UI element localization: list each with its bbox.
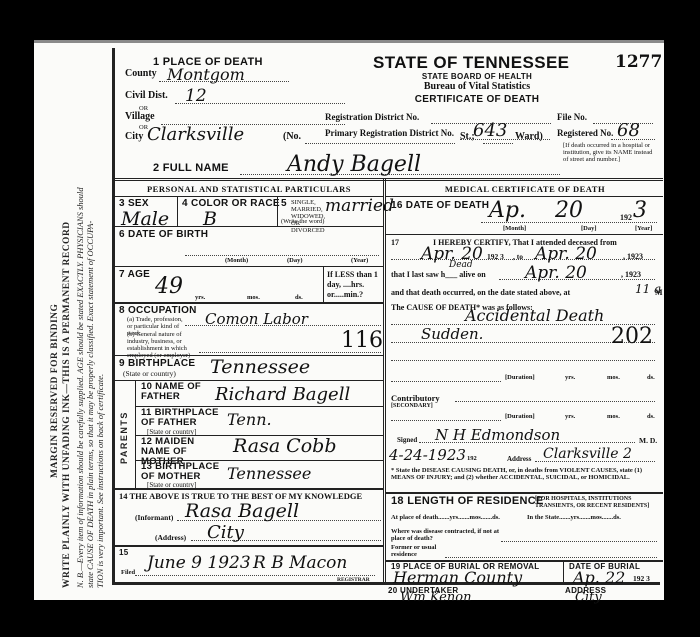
month-label: [Month] xyxy=(503,225,526,232)
undertaker-address-value: City xyxy=(575,590,602,605)
duration-ds: ds. xyxy=(647,413,655,420)
parents-side-label: PARENTS xyxy=(119,411,129,464)
duration-ds: ds. xyxy=(647,374,655,381)
primary-reg-label: Primary Registration District No. xyxy=(325,128,454,138)
secondary-label: [SECONDARY] xyxy=(391,403,433,409)
filed-label: Filed xyxy=(121,569,135,576)
mother-birthplace-value: Tennessee xyxy=(227,464,311,483)
physician-address-label: Address xyxy=(507,455,531,463)
village-label: Village xyxy=(125,111,155,122)
duration-label: [Duration] xyxy=(505,374,535,381)
board-of-health: STATE BOARD OF HEALTH xyxy=(373,72,581,81)
father-name-value: Richard Bagell xyxy=(215,384,350,405)
marital-num: 5 xyxy=(281,198,287,209)
civil-dist-value: 12 xyxy=(185,86,207,106)
burial-date-value: Ap. 22 xyxy=(573,568,625,587)
dob-year-label: (Year) xyxy=(351,257,368,264)
dob-month-label: (Month) xyxy=(225,257,248,264)
residence-label: 18 LENGTH OF RESIDENCE xyxy=(391,495,544,507)
nb-line-2: state CAUSE OF DEATH in plain terms, so … xyxy=(85,221,95,588)
age-mos: mos. xyxy=(247,294,260,301)
medical-section-title: MEDICAL CERTIFICATE OF DEATH xyxy=(387,184,663,194)
margin-reserved-text: MARGIN RESERVED FOR BINDING xyxy=(50,118,60,478)
registrar-signature: R B Macon xyxy=(253,553,347,573)
cause-footnote: * State the DISEASE CAUSING DEATH, or, i… xyxy=(391,467,659,481)
death-year: 3 xyxy=(633,198,647,223)
last-saw-note: Dead xyxy=(449,260,473,270)
death-month: Ap. xyxy=(489,198,526,223)
to-label: , to xyxy=(513,252,523,261)
marital-hint: (Write the word) xyxy=(281,218,324,225)
filed-num: 15 xyxy=(119,548,129,557)
contributory-label: Contributory xyxy=(391,393,440,403)
last-saw-text: that I last saw h___ alive on xyxy=(391,270,486,279)
occupation-code: 116 xyxy=(341,328,383,353)
cert-num: 17 xyxy=(391,238,399,247)
cause-code: 202 xyxy=(611,324,653,349)
duration-label: [Duration] xyxy=(505,413,535,420)
cause-line-2: Sudden. xyxy=(421,325,483,343)
duration-yrs: yrs. xyxy=(565,374,575,381)
father-birthplace-value: Tenn. xyxy=(227,410,272,429)
physician-address-value: Clarksville 2 xyxy=(543,446,632,462)
state-title: STATE OF TENNESSEE xyxy=(373,53,569,73)
ward-label: Ward) xyxy=(515,131,543,142)
informant-address-value: City xyxy=(207,522,244,543)
certificate-number: 1277 xyxy=(615,52,662,72)
doc-type-title: CERTIFICATE OF DEATH xyxy=(373,94,581,105)
mother-name-value: Rasa Cobb xyxy=(233,435,337,457)
duration-mos: mos. xyxy=(607,413,620,420)
death-day: 20 xyxy=(555,198,583,223)
duration-mos: mos. xyxy=(607,374,620,381)
death-year-prefix: 192 xyxy=(620,213,632,222)
residence-note: [FOR HOSPITALS, INSTITUTIONS TRANSIENTS,… xyxy=(535,496,661,510)
age-value: 49 xyxy=(155,274,183,299)
birthplace-label: 9 BIRTHPLACE xyxy=(119,358,195,369)
death-occurred-text: and that death occurred, on the date sta… xyxy=(391,288,570,297)
md-label: M. D. xyxy=(639,436,657,445)
city-label: City xyxy=(125,131,143,142)
nb-line-1: N. B.—Every item of information should b… xyxy=(75,187,85,588)
age-yrs: yrs. xyxy=(195,294,205,301)
death-time-suffix: M xyxy=(655,288,663,297)
undertaker-value: Wm Kenon xyxy=(400,590,471,605)
informant-value: Rasa Bagell xyxy=(185,500,299,522)
dob-day-label: (Day) xyxy=(287,257,303,264)
cause-line-1: Accidental Death xyxy=(465,306,604,325)
residence-in-state: In the State.......yrs.......mos.......d… xyxy=(527,514,661,521)
bureau-title: Bureau of Vital Statistics xyxy=(373,81,581,92)
file-no-label: File No. xyxy=(557,112,587,122)
city-value: Clarksville xyxy=(147,124,244,145)
full-name-value: Andy Bagell xyxy=(287,152,421,177)
attended-to-year: , 1923 xyxy=(623,252,643,261)
informant-label: (Informant) xyxy=(135,513,173,522)
burial-date-year: 192 3 xyxy=(633,574,650,583)
write-plainly-text: WRITE PLAINLY WITH UNFADING INK—THIS IS … xyxy=(62,221,72,588)
race-label: 4 COLOR OR RACE xyxy=(182,198,280,209)
death-certificate-form: 1 PLACE OF DEATH STATE OF TENNESSEE 1277… xyxy=(112,48,660,585)
filed-date: June 9 1923 xyxy=(147,553,251,573)
registered-no-label: Registered No. xyxy=(557,128,613,138)
last-saw-value: Apr. 20 xyxy=(525,263,587,283)
dob-label: 6 DATE OF BIRTH xyxy=(119,229,208,240)
reg-district-label: Registration District No. xyxy=(325,112,419,122)
date-of-death-label: 16 DATE OF DEATH xyxy=(391,200,489,211)
duration-yrs: yrs. xyxy=(565,413,575,420)
year-label: [Year] xyxy=(635,225,652,232)
where-contracted: Where was disease contracted, if not at … xyxy=(391,528,501,542)
age-label: 7 AGE xyxy=(119,269,150,280)
former-residence: Former or usual residence xyxy=(391,544,451,558)
full-name-label: 2 FULL NAME xyxy=(153,162,229,174)
burial-place-value: Herman County xyxy=(393,568,522,587)
civil-dist-label: Civil Dist. xyxy=(125,90,168,101)
residence-at-place: At place of death.......yrs.......mos...… xyxy=(391,514,511,521)
age-ds: ds. xyxy=(295,294,303,301)
occupation-value: Comon Labor xyxy=(205,310,308,328)
registered-no-value: 68 xyxy=(617,120,640,141)
signed-label: Signed xyxy=(397,436,417,444)
attended-from-year: 192 3 xyxy=(487,252,504,261)
street-no-label: (No. xyxy=(283,131,301,142)
county-label: County xyxy=(125,68,157,79)
county-value: Montgom xyxy=(167,65,245,84)
attended-to: Apr. 20 xyxy=(535,244,597,264)
physician-signature: N H Edmondson xyxy=(435,426,560,444)
signed-date-suffix: 192 xyxy=(467,455,477,462)
last-saw-year: , 1923 xyxy=(621,270,641,279)
father-birthplace-label: 11 BIRTHPLACE OF FATHER xyxy=(141,408,221,428)
less-than-day: If LESS than 1 day, ....hrs. or.....min.… xyxy=(327,270,381,300)
registrar-label: REGISTRAR xyxy=(337,577,370,583)
binding-margin: MARGIN RESERVED FOR BINDING WRITE PLAINL… xyxy=(34,43,112,600)
birthplace-hint: (State or country) xyxy=(123,369,176,378)
informant-address-label: (Address) xyxy=(155,533,186,542)
birthplace-value: Tennessee xyxy=(210,356,310,378)
nb-line-3: TION is very important. See instructions… xyxy=(95,374,105,588)
primary-reg-value: 643 xyxy=(473,120,507,141)
mother-birthplace-label: 13 BIRTHPLACE OF MOTHER xyxy=(141,462,221,482)
occupation-label: 8 OCCUPATION xyxy=(119,305,197,316)
day-label: [Day] xyxy=(581,225,597,232)
hospital-note: [If death occurred in a hospital or inst… xyxy=(563,142,659,163)
marital-value: married xyxy=(325,196,394,216)
signed-date: 4-24-1923 xyxy=(389,446,466,464)
personal-section-title: PERSONAL AND STATISTICAL PARTICULARS xyxy=(115,184,383,194)
father-name-label: 10 NAME OF FATHER xyxy=(141,382,211,402)
